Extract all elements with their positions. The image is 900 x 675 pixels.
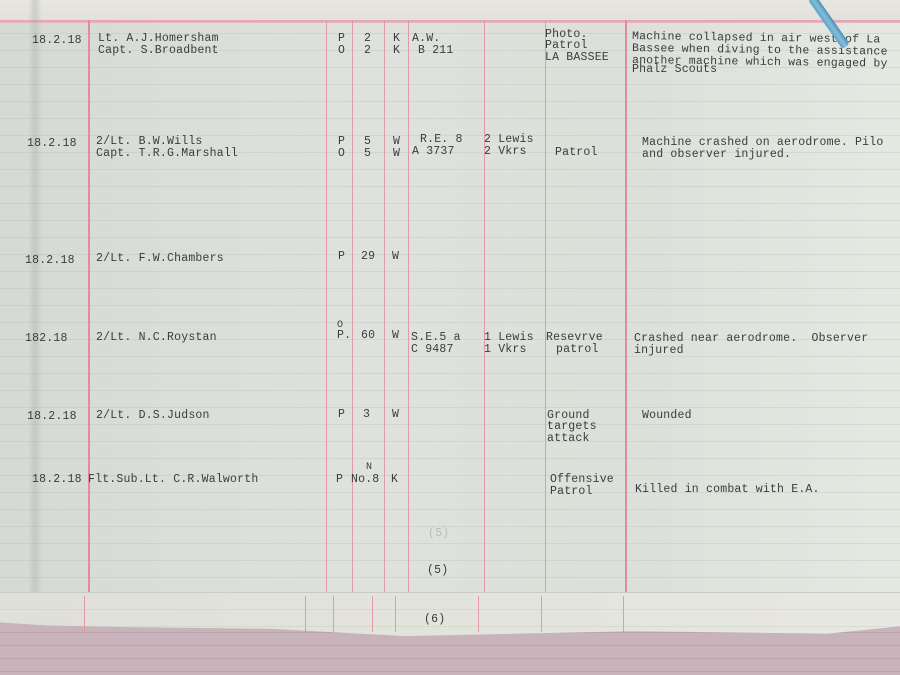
page-number: (5) (427, 565, 448, 577)
entry-squadron: 5 (364, 148, 371, 160)
entry-squadron: 60 (361, 330, 375, 342)
entry-status: W (392, 330, 399, 342)
lower-page-rule (541, 596, 542, 632)
page-number-lower: (6) (424, 614, 445, 626)
lower-page-rule (372, 596, 373, 632)
entry-name: 2/Lt. D.S.Judson (96, 410, 210, 422)
lower-page-rule (305, 596, 306, 632)
column-rule-status (408, 20, 409, 592)
column-rule-names (326, 20, 327, 592)
header-rule (0, 22, 900, 23)
entry-date: 18.2.18 (27, 411, 77, 423)
entry-status: W (392, 251, 399, 263)
lower-page-rule (333, 596, 334, 632)
entry-role: O (338, 148, 345, 160)
column-rule-role (352, 20, 353, 592)
page-fold-shadow (28, 0, 42, 595)
entry-date: 182.18 (25, 333, 68, 345)
entry-machine: B 211 (418, 45, 454, 57)
lower-page-rule (478, 596, 479, 632)
entry-name: Capt. S.Broadbent (98, 45, 219, 57)
entry-status: K (393, 45, 400, 57)
entry-armament: 2 Vkrs (484, 146, 527, 158)
column-rule-squadron (384, 20, 385, 592)
entry-date: 18.2.18 (32, 35, 82, 47)
entry-role: O (338, 45, 345, 57)
column-rule-date (88, 20, 90, 592)
entry-machine: A 3737 (412, 146, 455, 158)
entry-role: P. (337, 330, 351, 342)
entry-squadron: No.8 (351, 474, 379, 486)
entry-remark: Phalz Scouts (632, 64, 717, 76)
column-rule-machine (484, 20, 485, 592)
entry-date: 18.2.18 (32, 474, 82, 486)
entry-name: 2/Lt. F.W.Chambers (96, 253, 224, 265)
entry-remark: and observer injured. (642, 149, 791, 161)
entry-duty: Patrol (555, 147, 598, 159)
entry-duty: LA BASSEE (545, 52, 609, 64)
entry-role: P (338, 409, 345, 421)
entry-status: K (391, 474, 398, 486)
entry-duty: Patrol (550, 486, 593, 498)
ledger-page: 18.2.18 Lt. A.J.Homersham Capt. S.Broadb… (0, 0, 900, 595)
entry-role: P (336, 474, 343, 486)
entry-squadron: 3 (363, 409, 370, 421)
entry-status: W (392, 409, 399, 421)
column-rule-armament (545, 20, 546, 592)
entry-squadron: 2 (364, 45, 371, 57)
entry-duty: patrol (556, 344, 599, 356)
entry-name: Flt.Sub.Lt. C.R.Walworth (88, 474, 258, 486)
entry-date: 18.2.18 (25, 255, 75, 267)
entry-duty: attack (547, 433, 590, 445)
faint-page-mark: (5) (428, 528, 449, 540)
entry-armament: 1 Vkrs (484, 344, 527, 356)
column-rule-duty (625, 20, 627, 592)
entry-remark: Killed in combat with E.A. (635, 484, 820, 496)
entry-squadron: 29 (361, 251, 375, 263)
upper-page-edge (0, 0, 900, 22)
entry-role: P (338, 251, 345, 263)
entry-name: 2/Lt. N.C.Roystan (96, 332, 217, 344)
entry-remark: Wounded (642, 410, 692, 422)
lower-page-rule (623, 596, 624, 632)
entry-name: Capt. T.R.G.Marshall (96, 148, 238, 160)
lower-page-rule (395, 596, 396, 632)
entry-date: 18.2.18 (27, 138, 77, 150)
entry-machine: C 9487 (411, 344, 454, 356)
lower-page-rule (84, 596, 85, 632)
entry-status: W (393, 148, 400, 160)
entry-remark: injured (634, 345, 684, 357)
